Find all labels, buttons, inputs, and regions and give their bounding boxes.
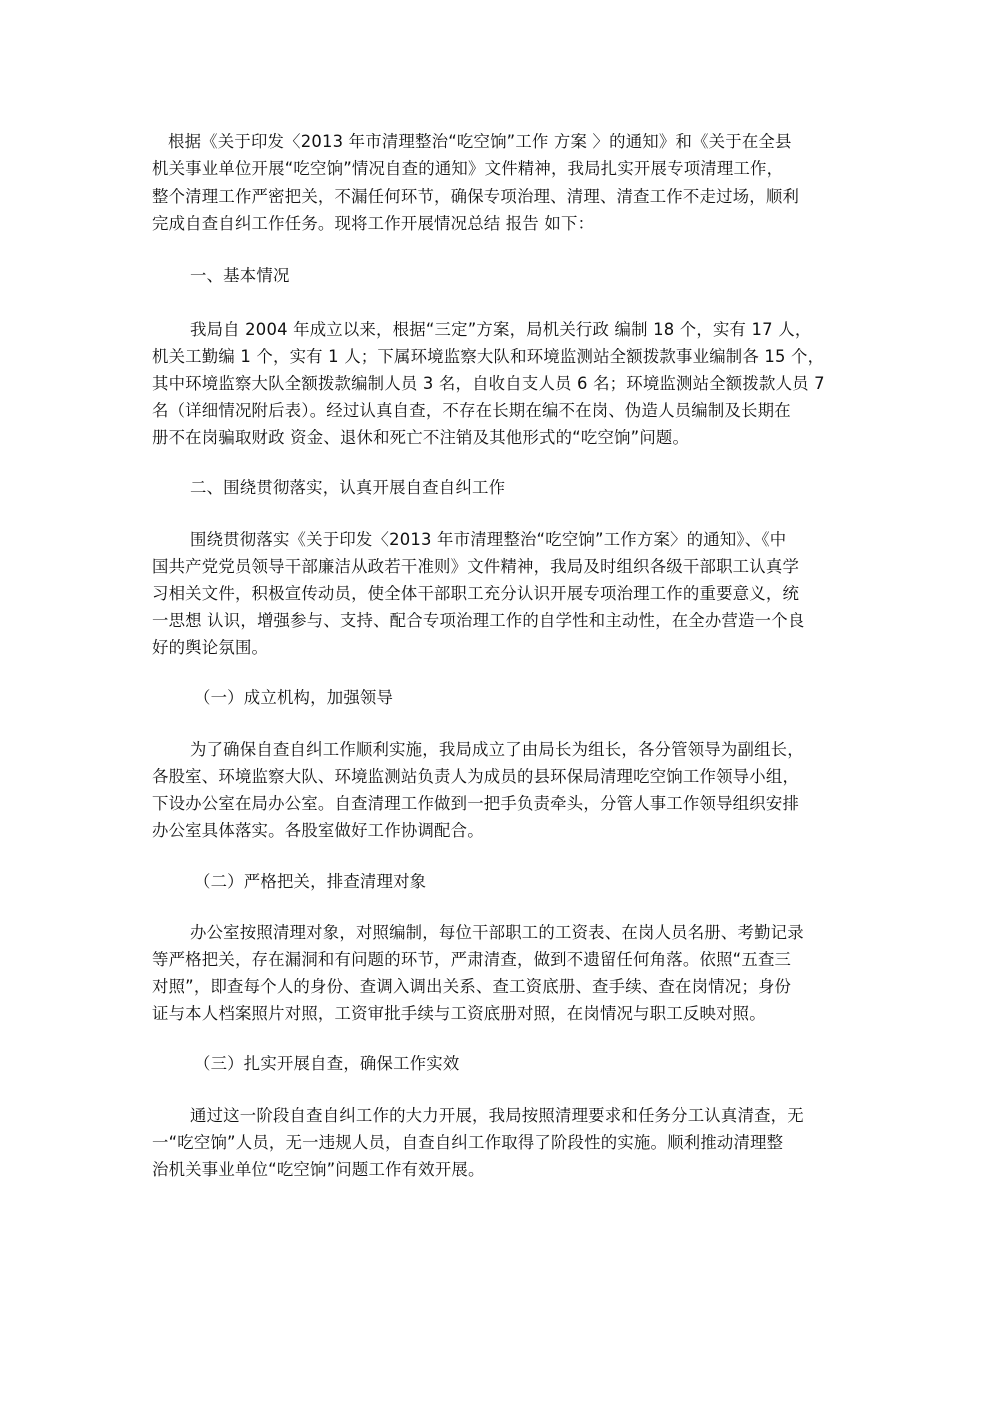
paragraph-line: 其中环境监察大队全额拨款编制人员 3 名，自收自支人员 6 名；环境监测站全额拨… — [152, 372, 825, 396]
paragraph-line: 国共产党党员领导干部廉洁从政若干准则》文件精神，我局及时组织各级干部职工认真学 — [152, 555, 799, 579]
intro-line: 整个清理工作严密把关，不漏任何环节，确保专项治理、清理、清查工作不走过场，顺利 — [152, 185, 799, 209]
paragraph-line: 等严格把关，存在漏洞和有问题的环节，严肃清查，做到不遗留任何角落。依照“五查三 — [152, 948, 791, 972]
paragraph-line: 治机关事业单位“吃空饷”问题工作有效开展。 — [152, 1158, 485, 1182]
paragraph-line: 名（详细情况附后表）。经过认真自查，不存在长期在编不在岗、伪造人员编制及长期在 — [152, 399, 791, 423]
intro-line: 完成自查自纠工作任务。现将工作开展情况总结 报告 如下： — [152, 212, 594, 236]
paragraph-line: 为了确保自查自纠工作顺利实施，我局成立了由局长为组长，各分管领导为副组长， — [152, 738, 804, 762]
paragraph-line: 下设办公室在局办公室。自查清理工作做到一把手负责牵头，分管人事工作领导组织安排 — [152, 792, 799, 816]
paragraph-line: 册不在岗骗取财政 资金、退休和死亡不注销及其他形式的“吃空饷”问题。 — [152, 426, 689, 450]
paragraph-line: 习相关文件，积极宣传动员，使全体干部职工充分认识开展专项治理工作的重要意义，统 — [152, 582, 799, 606]
paragraph-line: 一“吃空饷”人员，无一违规人员，自查自纠工作取得了阶段性的实施。顺利推动清理整 — [152, 1131, 783, 1155]
intro-line: 机关事业单位开展“吃空饷”情况自查的通知》文件精神，我局扎实开展专项清理工作， — [152, 157, 783, 181]
subsection-heading: （一）成立机构，加强领导 — [152, 686, 393, 710]
intro-line: 根据《关于印发〈2013 年市清理整治“吃空饷”工作 方案 〉的通知》和《关于在… — [152, 130, 792, 154]
paragraph-line: 围绕贯彻落实《关于印发〈2013 年市清理整治“吃空饷”工作方案〉的通知》、《中 — [152, 528, 786, 552]
paragraph-line: 我局自 2004 年成立以来，根据“三定”方案，局机关行政 编制 18 个，实有… — [152, 318, 811, 342]
section-heading: 二、围绕贯彻落实，认真开展自查自纠工作 — [152, 476, 505, 500]
subsection-heading: （三）扎实开展自查，确保工作实效 — [152, 1052, 459, 1076]
paragraph-line: 机关工勤编 1 个，实有 1 人；下属环境监察大队和环境监测站全额拨款事业编制各… — [152, 345, 824, 369]
section-heading: 一、基本情况 — [152, 264, 290, 288]
paragraph-line: 好的舆论氛围。 — [152, 636, 268, 660]
paragraph-line: 各股室、环境监察大队、环境监测站负责人为成员的县环保局清理吃空饷工作领导小组， — [152, 765, 799, 789]
paragraph-line: 办公室具体落实。各股室做好工作协调配合。 — [152, 819, 484, 843]
paragraph-line: 通过这一阶段自查自纠工作的大力开展，我局按照清理要求和任务分工认真清查，无 — [152, 1104, 804, 1128]
paragraph-line: 一思想 认识，增强参与、支持、配合专项治理工作的自学性和主动性，在全办营造一个良 — [152, 609, 804, 633]
paragraph-line: 办公室按照清理对象，对照编制，每位干部职工的工资表、在岗人员名册、考勤记录 — [152, 921, 804, 945]
subsection-heading: （二）严格把关，排查清理对象 — [152, 870, 426, 894]
paragraph-line: 证与本人档案照片对照，工资审批手续与工资底册对照，在岗情况与职工反映对照。 — [152, 1002, 766, 1026]
paragraph-line: 对照”，即查每个人的身份、查调入调出关系、查工资底册、查手续、查在岗情况；身份 — [152, 975, 791, 999]
